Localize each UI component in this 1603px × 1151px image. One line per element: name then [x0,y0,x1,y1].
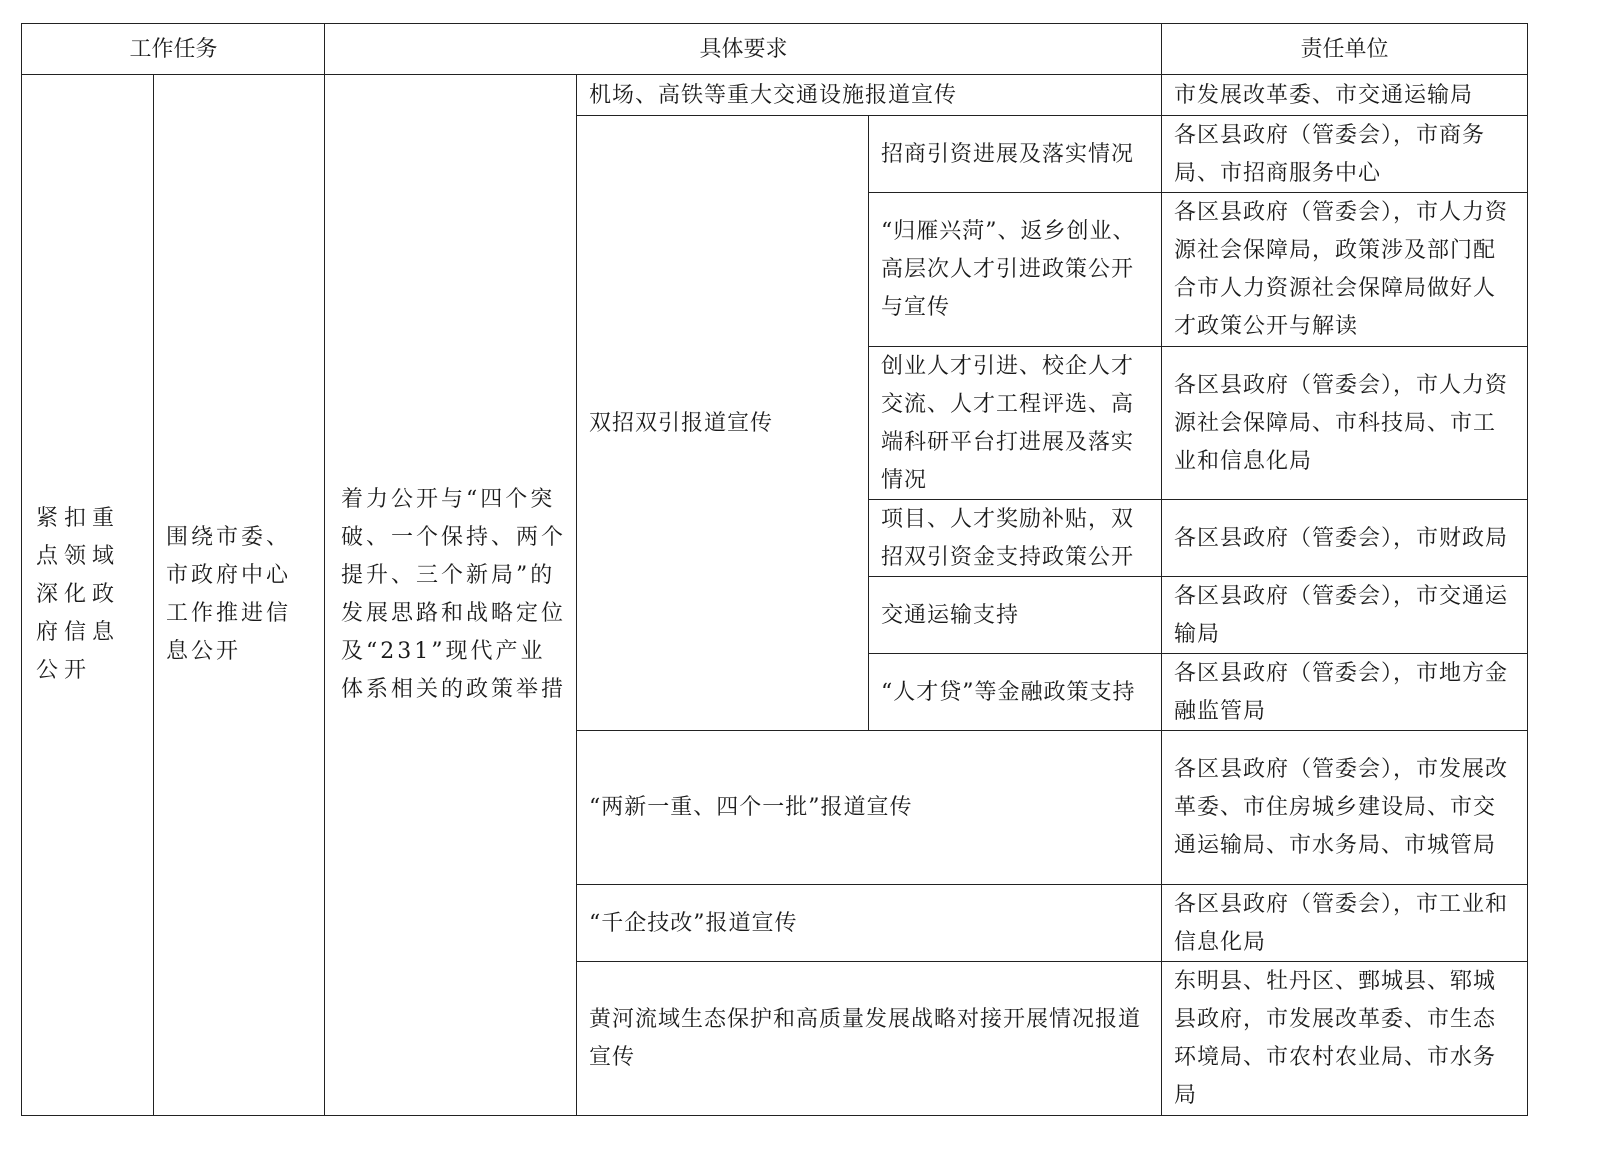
responsible-unit-text: 各区县政府（管委会），市人力资源社会保障局、市科技局、市工业和信息化局 [1174,367,1517,481]
responsible-unit: 各区县政府（管委会），市工业和信息化局 [1161,884,1528,963]
header-work-task-label: 工作任务 [129,31,217,69]
requirement-subitem: “归雁兴菏”、返乡创业、高层次人才引进政策公开与宣传 [868,192,1163,348]
requirement-item: “两新一重、四个一批”报道宣传 [576,730,1163,886]
requirement-item-text: “两新一重、四个一批”报道宣传 [589,789,913,827]
responsibility-table: 工作任务 具体要求 责任单位 紧扣重点领域深化政府信息公开 围绕市委、市政府中心… [0,0,1603,1151]
requirement-subitem: 项目、人才奖励补贴，双招双引资金支持政策公开 [868,499,1163,578]
responsible-unit: 各区县政府（管委会），市人力资源社会保障局、市科技局、市工业和信息化局 [1161,346,1528,501]
responsible-unit: 各区县政府（管委会），市发展改革委、市住房城乡建设局、市交通运输局、市水务局、市… [1161,730,1528,886]
responsible-unit: 东明县、牡丹区、鄄城县、郓城县政府，市发展改革委、市生态环境局、市农村农业局、市… [1161,961,1528,1116]
requirement-item-text: 机场、高铁等重大交通设施报道宣传 [589,77,957,115]
requirement-subitem-text: 创业人才引进、校企人才交流、人才工程评选、高端科研平台打进展及落实情况 [881,348,1152,500]
requirement-group: 双招双引报道宣传 [576,115,870,732]
responsible-unit-text: 各区县政府（管委会），市发展改革委、市住房城乡建设局、市交通运输局、市水务局、市… [1174,751,1517,865]
requirement-subitem-text: “人才贷”等金融政策支持 [881,674,1136,712]
responsible-unit: 各区县政府（管委会），市交通运输局 [1161,576,1528,655]
responsible-unit-text: 市发展改革委、市交通运输局 [1174,77,1473,115]
requirement-subitem: 创业人才引进、校企人才交流、人才工程评选、高端科研平台打进展及落实情况 [868,346,1163,501]
responsible-unit-text: 各区县政府（管委会），市交通运输局 [1174,578,1517,654]
task-level1-cell: 紧扣重点领域深化政府信息公开 [21,74,155,1116]
responsible-unit: 市发展改革委、市交通运输局 [1161,74,1528,117]
requirement-item: 黄河流域生态保护和高质量发展战略对接开展情况报道宣传 [576,961,1163,1116]
requirement-group-text: 双招双引报道宣传 [589,405,773,443]
responsible-unit: 各区县政府（管委会），市商务局、市招商服务中心 [1161,115,1528,194]
responsible-unit-text: 各区县政府（管委会），市财政局 [1174,520,1508,558]
requirement-subitem: “人才贷”等金融政策支持 [868,653,1163,732]
requirement-item: 机场、高铁等重大交通设施报道宣传 [576,74,1163,117]
task-level2-text: 围绕市委、市政府中心工作推进信息公开 [166,519,315,671]
task-level2-cell: 围绕市委、市政府中心工作推进信息公开 [153,74,326,1116]
header-requirement-label: 具体要求 [699,31,787,69]
requirement-subitem-text: 交通运输支持 [881,597,1019,635]
responsible-unit-text: 东明县、牡丹区、鄄城县、郓城县政府，市发展改革委、市生态环境局、市农村农业局、市… [1174,963,1517,1115]
responsible-unit: 各区县政府（管委会），市人力资源社会保障局，政策涉及部门配合市人力资源社会保障局… [1161,192,1528,348]
responsible-unit: 各区县政府（管委会），市财政局 [1161,499,1528,578]
task-level1-text: 紧扣重点领域深化政府信息公开 [36,500,146,690]
requirement-main-cell: 着力公开与“四个突破、一个保持、两个提升、三个新局”的发展思路和战略定位及“23… [324,74,578,1116]
responsible-unit-text: 各区县政府（管委会），市人力资源社会保障局，政策涉及部门配合市人力资源社会保障局… [1174,194,1517,346]
requirement-subitem: 招商引资进展及落实情况 [868,115,1163,194]
requirement-item-text: “千企技改”报道宣传 [589,905,798,943]
requirement-subitem-text: 招商引资进展及落实情况 [881,136,1134,174]
header-work-task: 工作任务 [21,23,326,76]
header-responsible-unit: 责任单位 [1161,23,1528,76]
responsible-unit-text: 各区县政府（管委会），市地方金融监管局 [1174,655,1517,731]
requirement-subitem-text: 项目、人才奖励补贴，双招双引资金支持政策公开 [881,501,1152,577]
responsible-unit-text: 各区县政府（管委会），市工业和信息化局 [1174,886,1517,962]
requirement-item-text: 黄河流域生态保护和高质量发展战略对接开展情况报道宣传 [589,1001,1152,1077]
requirement-subitem: 交通运输支持 [868,576,1163,655]
requirement-main-text: 着力公开与“四个突破、一个保持、两个提升、三个新局”的发展思路和战略定位及“23… [341,481,569,709]
responsible-unit: 各区县政府（管委会），市地方金融监管局 [1161,653,1528,732]
header-requirement: 具体要求 [324,23,1163,76]
header-responsible-unit-label: 责任单位 [1300,31,1388,69]
requirement-subitem-text: “归雁兴菏”、返乡创业、高层次人才引进政策公开与宣传 [881,213,1152,327]
responsible-unit-text: 各区县政府（管委会），市商务局、市招商服务中心 [1174,117,1517,193]
requirement-item: “千企技改”报道宣传 [576,884,1163,963]
